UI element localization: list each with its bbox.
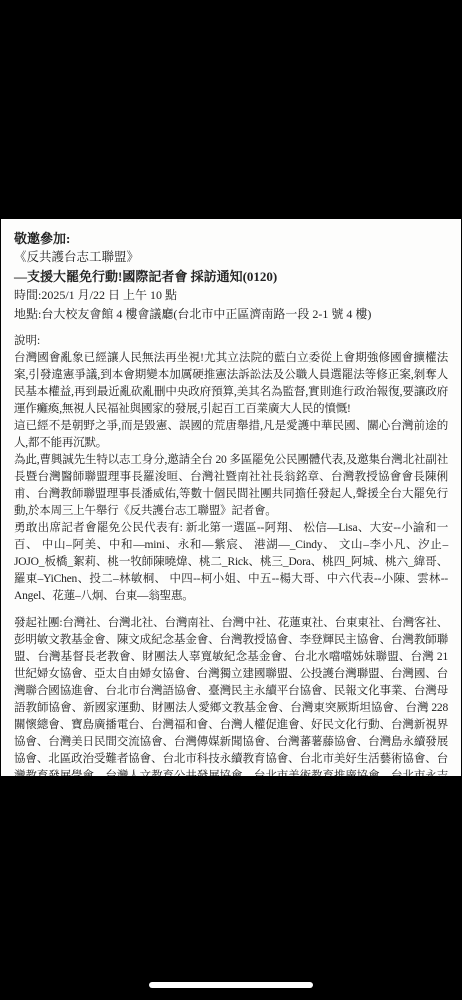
paragraph-press-conference-initiators: 為此,曹興誠先生特以志工身分,邀請全台 20 多區罷免公民團體代表,及邀集台灣北… (14, 452, 448, 520)
paragraph-citizen-representatives: 勇敢出席記者會罷免公民代表有: 新北第一選區--阿翔、 松信—Lisa、大安--… (14, 520, 448, 605)
document-page: 敬邀參加: 《反共護台志工聯盟》 —支援大罷免行動!國際記者會 採訪通知(012… (1, 219, 461, 776)
home-indicator[interactable] (149, 982, 313, 988)
paragraph-cannot-stay-silent: 這已經不是朝野之爭,而是毀憲、誤國的荒唐舉措,凡是愛護中華民國、關心台灣前途的人… (14, 418, 448, 452)
event-location: 地點:台大校友會館 4 樓會議廳(台北市中正區濟南路一段 2-1 號 4 樓) (14, 305, 448, 324)
explanation-label: 說明: (14, 333, 448, 350)
document-title: —支援大罷免行動!國際記者會 採訪通知(0120) (14, 267, 448, 286)
invite-heading: 敬邀參加: (14, 229, 448, 248)
founding-groups-list: 發起社團:台灣社、台灣北社、台灣南社、台灣中社、花蓮東社、台東東社、台灣客社、彭… (14, 615, 448, 776)
paragraph-legislature-chaos: 台灣國會亂象已經讓人民無法再坐視!尤其立法院的藍白立委從上會期強修國會擴權法案,… (14, 350, 448, 418)
phone-screenshot: 敬邀參加: 《反共護台志工聯盟》 —支援大罷免行動!國際記者會 採訪通知(012… (0, 0, 462, 1000)
event-time: 時間:2025/1 月/22 日 上午 10 點 (14, 286, 448, 305)
organization-name: 《反共護台志工聯盟》 (14, 248, 448, 267)
